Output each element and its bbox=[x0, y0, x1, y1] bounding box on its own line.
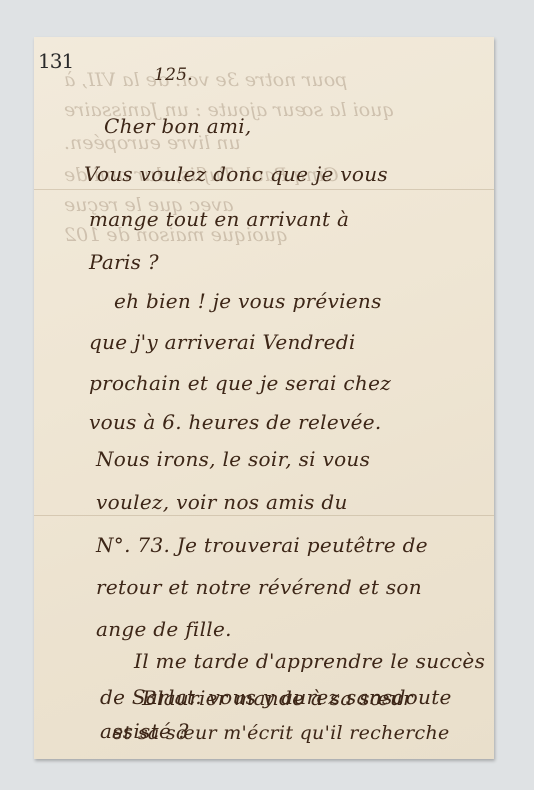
letter-line: mange tout en arrivant à bbox=[89, 207, 349, 231]
letter-line: que j'y arriverai Vendredi bbox=[89, 330, 356, 354]
letter-line: retour et notre révérend et son bbox=[96, 575, 422, 599]
letter-line: N°. 73. Je trouverai peutêtre de bbox=[96, 533, 428, 557]
letter-line: eh bien ! je vous préviens bbox=[114, 289, 382, 313]
letter-line: Blaurier mande à sa sœur bbox=[142, 686, 413, 710]
letter-line: voulez, voir nos amis du bbox=[96, 490, 348, 514]
archive-number: 131 bbox=[38, 49, 73, 73]
letter-line: ange de fille. bbox=[96, 617, 232, 641]
letter-line: Paris ? bbox=[89, 250, 159, 274]
letter-page: pour notre 3e vol. de la VII, à quoi la … bbox=[34, 37, 494, 759]
letter-line: vous à 6. heures de relevée. bbox=[89, 410, 382, 434]
fold-line bbox=[34, 515, 494, 516]
letter-line: Nous irons, le soir, si vous bbox=[96, 447, 370, 471]
fold-line bbox=[34, 189, 494, 190]
letter-line: prochain et que je serai chez bbox=[89, 371, 391, 395]
salutation: Cher bon ami, bbox=[104, 114, 252, 138]
folio-number: 125. bbox=[154, 65, 193, 85]
letter-line: Vous voulez donc que je vous bbox=[84, 162, 388, 186]
letter-line: Il me tarde d'apprendre le succès bbox=[134, 649, 485, 673]
letter-line: et sa sœur m'écrit qu'il recherche bbox=[112, 722, 450, 744]
